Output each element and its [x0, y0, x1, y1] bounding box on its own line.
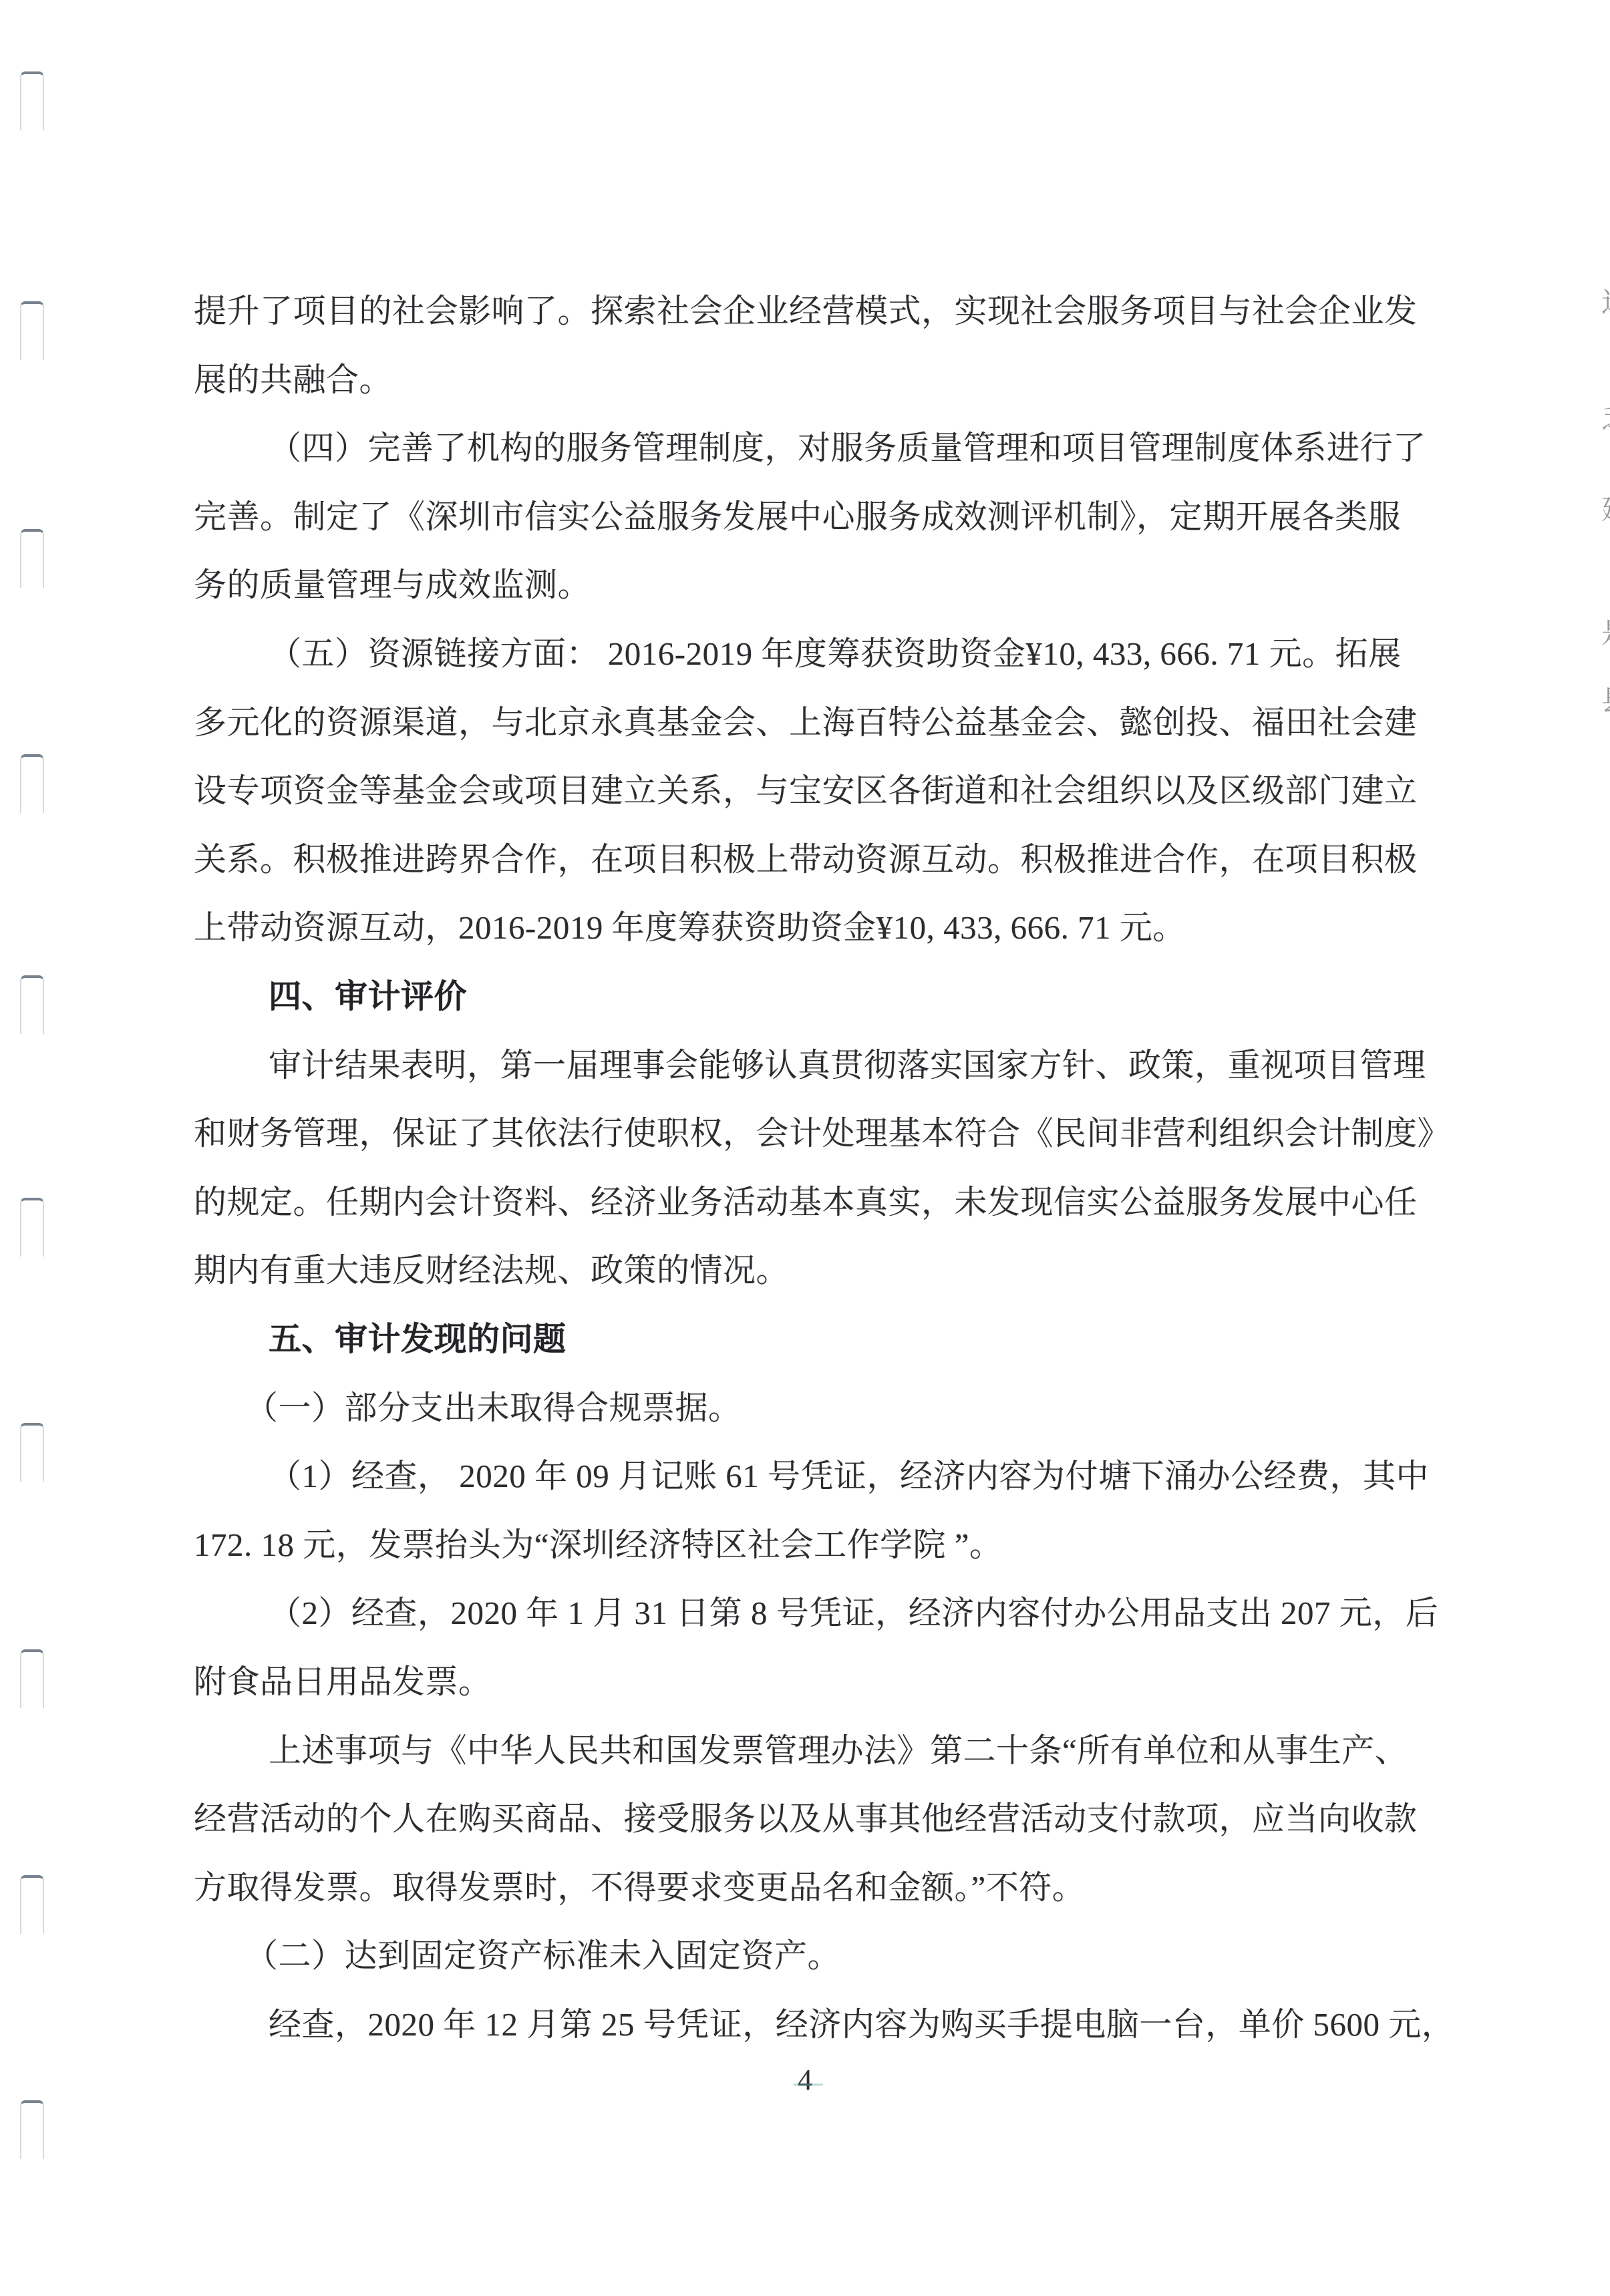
section-heading: 五、审计发现的问题 — [269, 1320, 567, 1360]
scan-artifact: 乏 — [1601, 403, 1610, 437]
scan-artifact: 是 — [1601, 618, 1610, 651]
binding-mark — [20, 975, 44, 1034]
binding-mark — [20, 1423, 44, 1482]
text-line: 和财务管理，保证了其依法行使职权，会计处理基本符合《民间非营利组织会计制度》 — [194, 1114, 1450, 1154]
binding-mark — [20, 71, 44, 130]
text-line: 完善。制定了《深圳市信实公益服务发展中心服务成效测评机制》，定期开展各类服 — [194, 498, 1401, 538]
scan-line-artifact — [794, 2084, 823, 2086]
text-line: 经营活动的个人在购买商品、接受服务以及从事其他经营活动支付款项，应当向收款 — [194, 1800, 1418, 1840]
scan-artifact: 辶 — [1601, 287, 1610, 321]
scan-artifact: 建 — [1601, 494, 1610, 528]
text-line: 的规定。任期内会计资料、经济业务活动基本真实，未发现信实公益服务发展中心任 — [194, 1183, 1418, 1223]
text-line: （1）经查， 2020 年 09 月记账 61 号凭证，经济内容为付塘下涌办公经… — [269, 1457, 1429, 1497]
text-line: 展的共融合。 — [194, 361, 392, 401]
text-line: 多元化的资源渠道，与北京永真基金会、上海百特公益基金会、懿创投、福田社会建 — [194, 703, 1418, 744]
section-heading: 四、审计评价 — [269, 977, 467, 1017]
scan-artifact: 丶 — [1601, 131, 1610, 164]
text-line: （四）完善了机构的服务管理制度，对服务质量管理和项目管理制度体系进行了 — [269, 429, 1426, 469]
text-line: 附食品日用品发票。 — [194, 1663, 492, 1703]
text-line: （一）部分支出未取得合规票据。 — [245, 1389, 742, 1429]
text-line: 审计结果表明，第一届理事会能够认真贯彻落实国家方针、政策，重视项目管理 — [269, 1046, 1426, 1086]
text-line: 方取得发票。取得发票时，不得要求变更品名和金额。”不符。 — [194, 1868, 1085, 1909]
text-line: 务的质量管理与成效监测。 — [194, 566, 591, 606]
text-line: 提升了项目的社会影响了。探索社会企业经营模式，实现社会服务项目与社会企业发 — [194, 292, 1418, 332]
page-number: 4 — [0, 2063, 1610, 2097]
text-line: （五）资源链接方面： 2016-2019 年度筹获资助资金¥10, 433, 6… — [269, 635, 1402, 675]
text-line: 设专项资金等基金会或项目建立关系，与宝安区各街道和社会组织以及区级部门建立 — [194, 772, 1418, 812]
text-line: （2）经查，2020 年 1 月 31 日第 8 号凭证，经济内容付办公用品支出… — [269, 1594, 1438, 1634]
document-page: 提升了项目的社会影响了。探索社会企业经营模式，实现社会服务项目与社会企业发展的共… — [0, 0, 1610, 2296]
text-line: 关系。积极推进跨界合作，在项目积极上带动资源互动。积极推进合作，在项目积极 — [194, 840, 1418, 880]
binding-mark — [20, 1198, 44, 1257]
text-line: （二）达到固定资产标准未入固定资产。 — [245, 1937, 840, 1977]
binding-mark — [20, 2100, 44, 2159]
binding-mark — [20, 301, 44, 360]
text-line: 经查，2020 年 12 月第 25 号凭证，经济内容为购买手提电脑一台，单价 … — [269, 2005, 1454, 2045]
text-line: 期内有重大违反财经法规、政策的情况。 — [194, 1251, 789, 1291]
text-line: 上述事项与《中华人民共和国发票管理办法》第二十条“所有单位和从事生产、 — [269, 1732, 1408, 1772]
binding-mark — [20, 1875, 44, 1934]
binding-mark — [20, 754, 44, 813]
text-line: 172. 18 元，发票抬头为“深圳经济特区社会工作学院 ”。 — [194, 1526, 1003, 1566]
binding-mark — [20, 1649, 44, 1708]
scan-artifact: 县 — [1601, 685, 1610, 719]
binding-mark — [20, 529, 44, 588]
text-line: 上带动资源互动，2016-2019 年度筹获资助资金¥10, 433, 666.… — [194, 909, 1186, 949]
